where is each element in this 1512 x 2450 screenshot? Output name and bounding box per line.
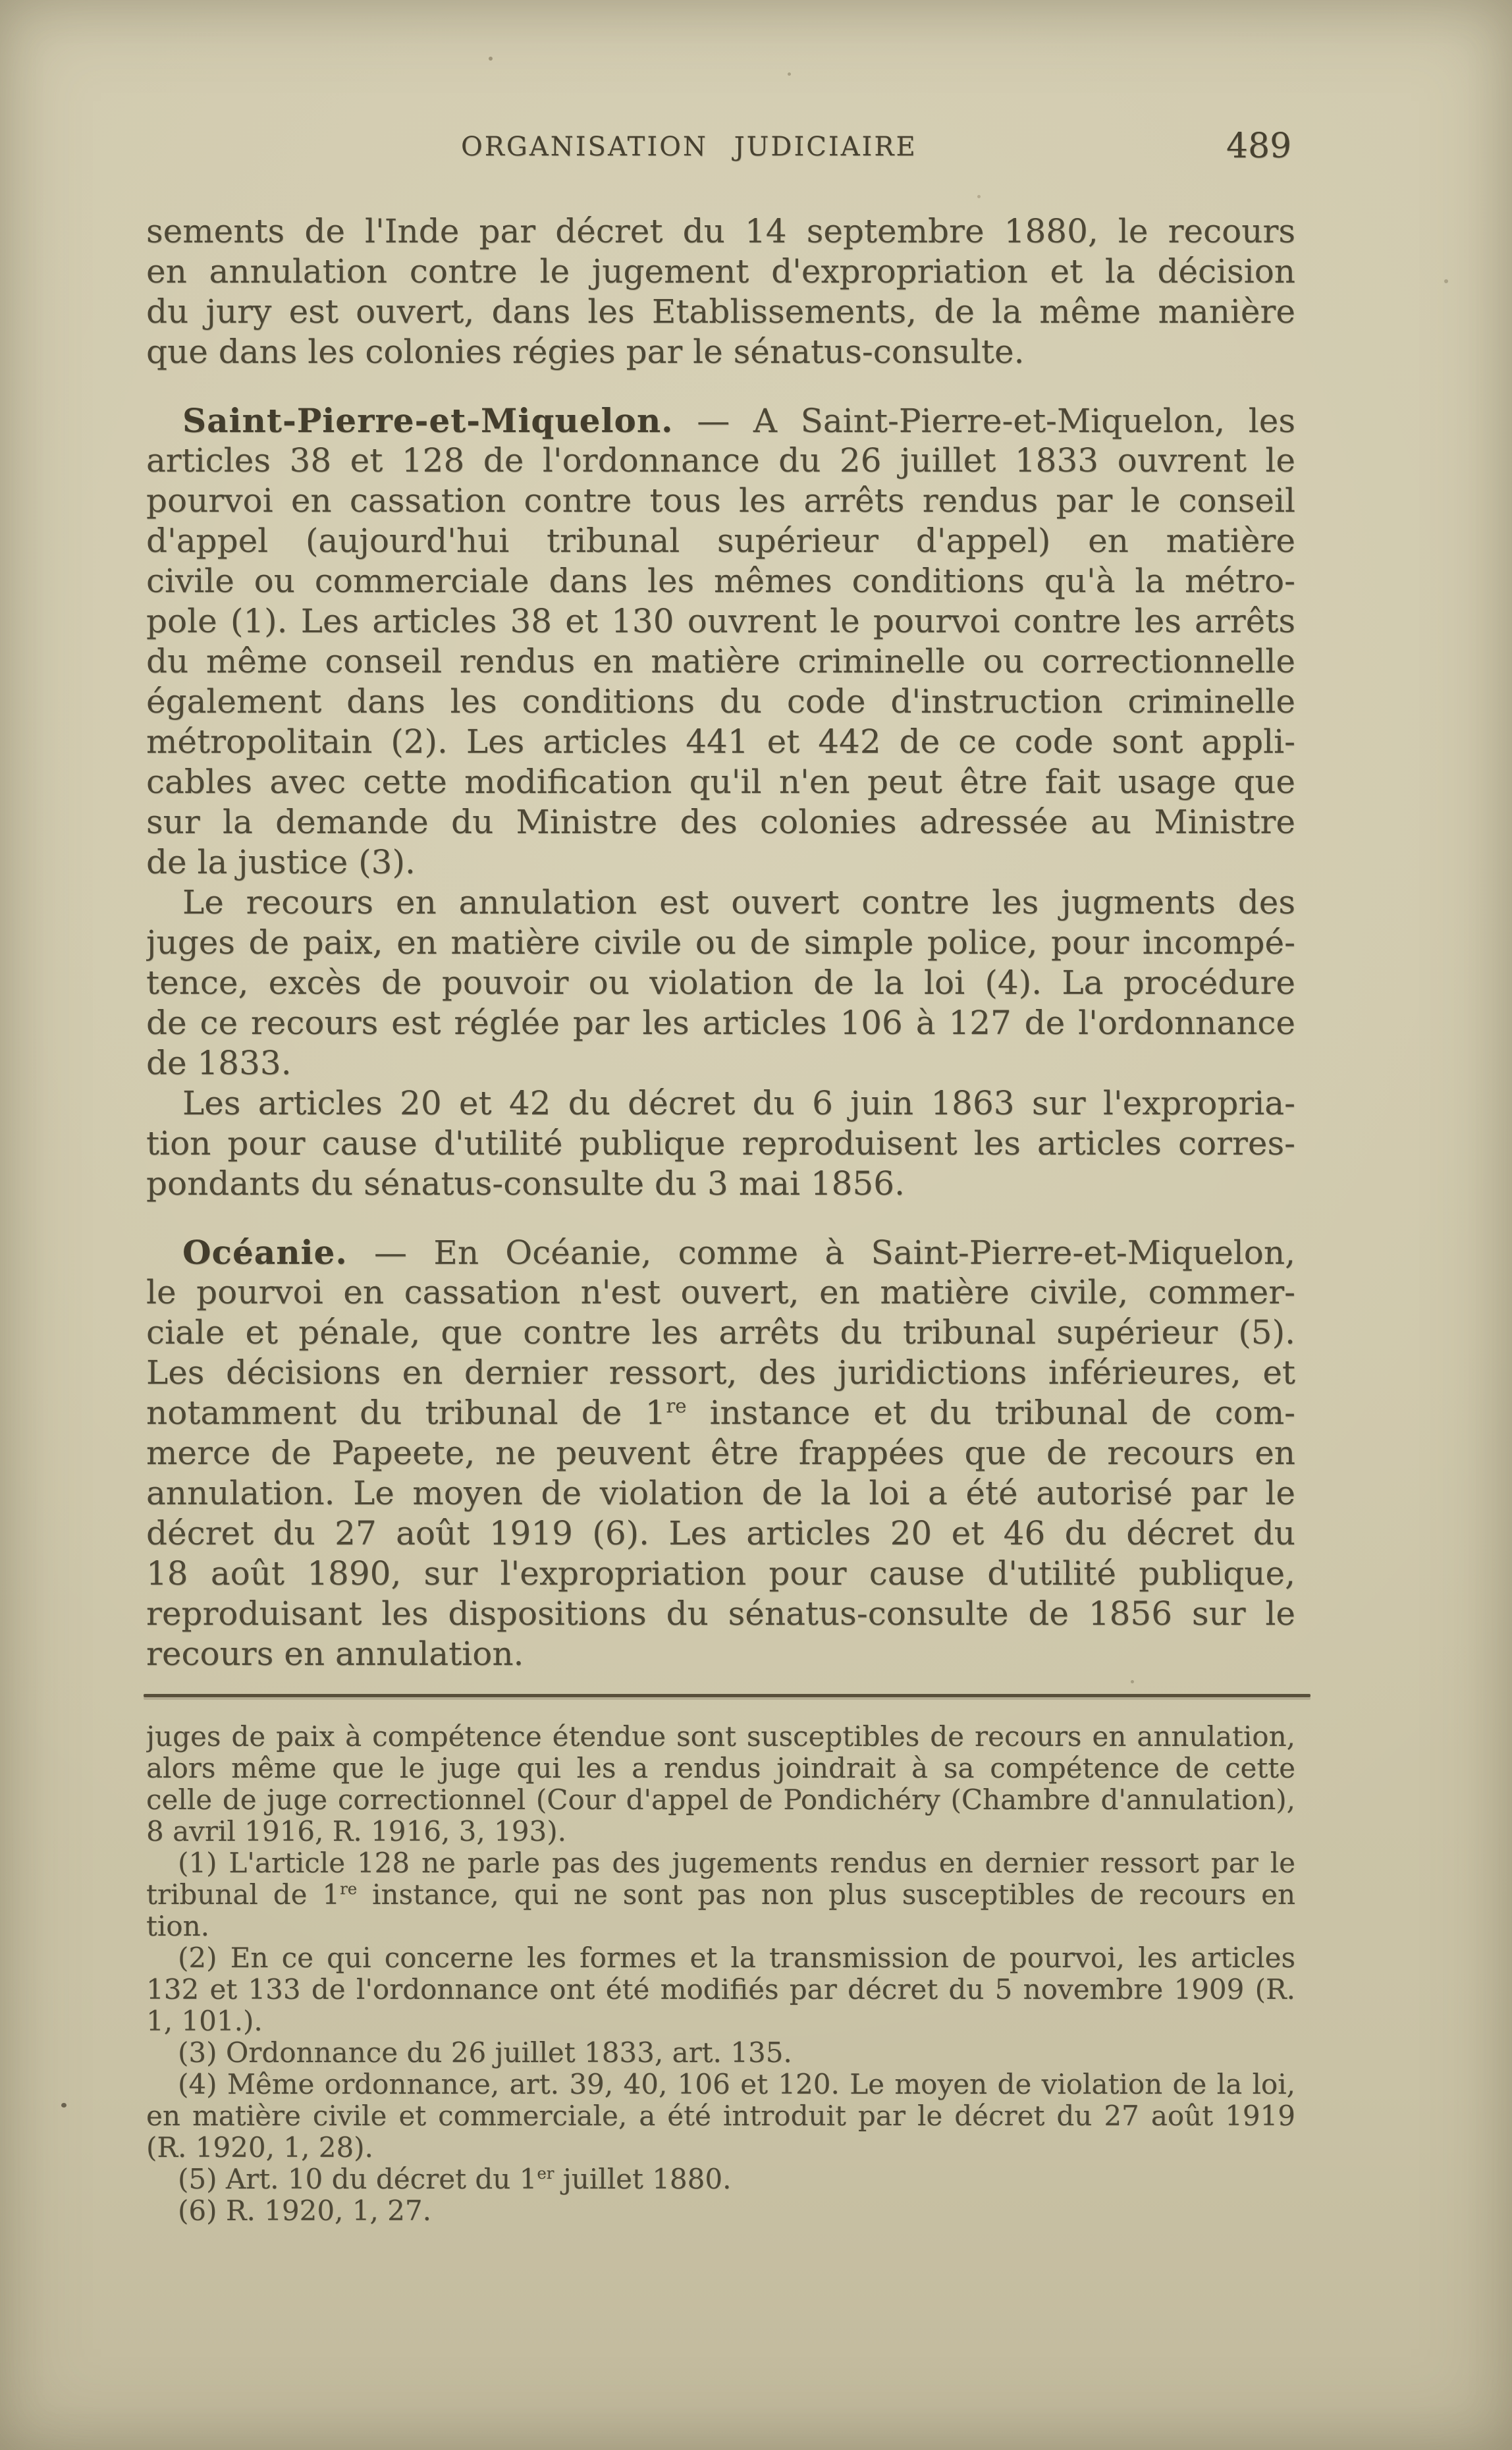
section-heading: Océanie. — [182, 1233, 348, 1272]
text-line: du même conseil rendus en matière crimin… — [146, 641, 1295, 682]
text-line: cables avec cette modification qu'il n'e… — [146, 762, 1295, 802]
paper-speck — [61, 2103, 67, 2108]
footnote-rule — [144, 1694, 1310, 1697]
body-text: sements de l'Inde par décret du 14 septe… — [146, 211, 1295, 1674]
footnotes: juges de paix à compétence étendue sont … — [146, 1721, 1295, 2227]
text-line: 132 et 133 de l'ordonnance ont été modif… — [146, 1974, 1295, 2005]
text-line: en annulation contre le jugement d'expro… — [146, 252, 1295, 292]
text-line: de 1833. — [146, 1043, 1295, 1083]
text-line: civile ou commerciale dans les mêmes con… — [146, 561, 1295, 601]
text-line: (R. 1920, 1, 28). — [146, 2132, 1295, 2164]
text-line: 8 avril 1916, R. 1916, 3, 193). — [146, 1816, 1295, 1847]
header-title: ORGANISATION JUDICIAIRE — [461, 132, 917, 162]
paper-speck — [1131, 1680, 1134, 1683]
text-line: juges de paix à compétence étendue sont … — [146, 1721, 1295, 1753]
text-line: le pourvoi en cassation n'est ouvert, en… — [146, 1272, 1295, 1313]
text-line: reproduisant les dispositions du sénatus… — [146, 1594, 1295, 1634]
text-line: de ce recours est réglée par les article… — [146, 1003, 1295, 1043]
paper-speck — [977, 195, 981, 198]
text-line: merce de Papeete, ne peuvent être frappé… — [146, 1433, 1295, 1473]
text-line: Océanie. — En Océanie, comme à Saint-Pie… — [146, 1232, 1295, 1272]
text-line: métropolitain (2). Les articles 441 et 4… — [146, 722, 1295, 762]
text-line: articles 38 et 128 de l'ordonnance du 26… — [146, 441, 1295, 481]
running-header: ORGANISATION JUDICIAIRE 489 — [0, 126, 1512, 173]
footnote-1: (1) L'article 128 ne parle pas des jugem… — [146, 1847, 1295, 1942]
text-line: (6) R. 1920, 1, 27. — [146, 2195, 1295, 2227]
text-line: en matière civile et commerciale, a été … — [146, 2100, 1295, 2132]
text-line: de la justice (3). — [146, 842, 1295, 883]
text-line: que dans les colonies régies par le séna… — [146, 332, 1295, 372]
text-line: (1) L'article 128 ne parle pas des jugem… — [146, 1847, 1295, 1879]
text-line: ciale et pénale, que contre les arrêts d… — [146, 1313, 1295, 1353]
text-line: celle de juge correctionnel (Cour d'appe… — [146, 1784, 1295, 1816]
text-line: d'appel (aujourd'hui tribunal supérieur … — [146, 521, 1295, 561]
footnote-6: (6) R. 1920, 1, 27. — [146, 2195, 1295, 2227]
text-line: (4) Même ordonnance, art. 39, 40, 106 et… — [146, 2069, 1295, 2100]
text-line: sur la demande du Ministre des colonies … — [146, 802, 1295, 842]
paper-speck — [788, 72, 791, 76]
text-line: 18 août 1890, sur l'expropriation pour c… — [146, 1554, 1295, 1594]
text-line: alors même que le juge qui les a rendus … — [146, 1753, 1295, 1784]
text-line: également dans les conditions du code d'… — [146, 682, 1295, 722]
paragraph-oceanie: Océanie. — En Océanie, comme à Saint-Pie… — [146, 1232, 1295, 1674]
section-heading: Saint-Pierre-et-Miquelon. — [182, 401, 674, 440]
text-line: (2) En ce qui concerne les formes et la … — [146, 1942, 1295, 1974]
text-line: recours en annulation. — [146, 1634, 1295, 1674]
page-number: 489 — [1226, 126, 1291, 166]
text-line: Saint-Pierre-et-Miquelon. — A Saint-Pier… — [146, 400, 1295, 441]
paragraph-recours-annulation: Le recours en annulation est ouvert cont… — [146, 883, 1295, 1083]
text-line: Les décisions en dernier ressort, des ju… — [146, 1353, 1295, 1393]
text-line: Le recours en annulation est ouvert cont… — [146, 883, 1295, 923]
text-line: (3) Ordonnance du 26 juillet 1833, art. … — [146, 2037, 1295, 2069]
paper-speck — [489, 57, 493, 61]
text-line: pondants du sénatus-consulte du 3 mai 18… — [146, 1164, 1295, 1204]
text-line: tion. — [146, 1911, 1295, 1942]
text-line: juges de paix, en matière civile ou de s… — [146, 923, 1295, 963]
footnote-continuation: juges de paix à compétence étendue sont … — [146, 1721, 1295, 1847]
paper-speck — [1444, 279, 1448, 283]
text-line: tion pour cause d'utilité publique repro… — [146, 1124, 1295, 1164]
footnote-3: (3) Ordonnance du 26 juillet 1833, art. … — [146, 2037, 1295, 2069]
paragraph-inde-continuation: sements de l'Inde par décret du 14 septe… — [146, 211, 1295, 372]
text-line: sements de l'Inde par décret du 14 septe… — [146, 211, 1295, 252]
text-line: Les articles 20 et 42 du décret du 6 jui… — [146, 1083, 1295, 1124]
text-line: (5) Art. 10 du décret du 1er juillet 188… — [146, 2164, 1295, 2195]
text-line: décret du 27 août 1919 (6). Les articles… — [146, 1513, 1295, 1554]
text-line: tribunal de 1re instance, qui ne sont pa… — [146, 1879, 1295, 1911]
text-line: notamment du tribunal de 1re instance et… — [146, 1393, 1295, 1433]
text-line: du jury est ouvert, dans les Etablisseme… — [146, 292, 1295, 332]
text-line: pourvoi en cassation contre tous les arr… — [146, 481, 1295, 521]
text-line: pole (1). Les articles 38 et 130 ouvrent… — [146, 601, 1295, 641]
text-line: tence, excès de pouvoir ou violation de … — [146, 963, 1295, 1003]
paragraph-decret-1863: Les articles 20 et 42 du décret du 6 jui… — [146, 1083, 1295, 1204]
footnote-5: (5) Art. 10 du décret du 1er juillet 188… — [146, 2164, 1295, 2195]
text-line: annulation. Le moyen de violation de la … — [146, 1473, 1295, 1513]
scanned-book-page: ORGANISATION JUDICIAIRE 489 sements de l… — [0, 0, 1512, 2450]
paragraph-saint-pierre-et-miquelon: Saint-Pierre-et-Miquelon. — A Saint-Pier… — [146, 400, 1295, 883]
footnote-4: (4) Même ordonnance, art. 39, 40, 106 et… — [146, 2069, 1295, 2164]
text-line: 1, 101.). — [146, 2005, 1295, 2037]
footnote-2: (2) En ce qui concerne les formes et la … — [146, 1942, 1295, 2037]
